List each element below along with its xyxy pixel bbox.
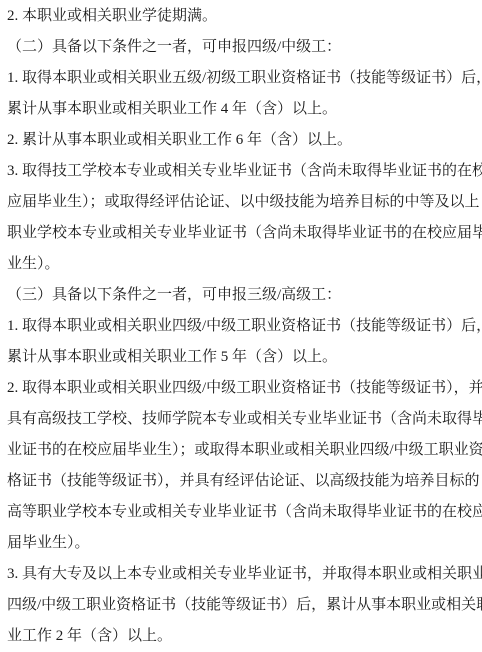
- text-line: 2. 取得本职业或相关职业四级/中级工职业资格证书（技能等级证书），并: [7, 373, 478, 404]
- text-line: 应届毕业生）；或取得经评估论证、以中级技能为培养目标的中等及以上: [7, 187, 478, 218]
- text-line: 2. 累计从事本职业或相关职业工作 6 年（含）以上。: [7, 125, 478, 156]
- text-line: 四级/中级工职业资格证书（技能等级证书）后，累计从事本职业或相关职: [7, 590, 478, 621]
- text-line: 累计从事本职业或相关职业工作 5 年（含）以上。: [7, 342, 478, 373]
- text-line: 2. 本职业或相关职业学徒期满。: [7, 1, 478, 32]
- text-line: 格证书（技能等级证书），并具有经评估论证、以高级技能为培养目标的: [7, 466, 478, 497]
- text-line: 1. 取得本职业或相关职业四级/中级工职业资格证书（技能等级证书）后，: [7, 311, 478, 342]
- text-line: 3. 取得技工学校本专业或相关专业毕业证书（含尚未取得毕业证书的在校: [7, 156, 478, 187]
- text-line: 累计从事本职业或相关职业工作 4 年（含）以上。: [7, 94, 478, 125]
- text-line: 3. 具有大专及以上本专业或相关专业毕业证书，并取得本职业或相关职业: [7, 559, 478, 590]
- text-line: 业证书的在校应届毕业生）；或取得本职业或相关职业四级/中级工职业资: [7, 435, 478, 466]
- text-line: 1. 取得本职业或相关职业五级/初级工职业资格证书（技能等级证书）后，: [7, 63, 478, 94]
- text-line: 具有高级技工学校、技师学院本专业或相关专业毕业证书（含尚未取得毕: [7, 404, 478, 435]
- text-line: 高等职业学校本专业或相关专业毕业证书（含尚未取得毕业证书的在校应: [7, 497, 478, 528]
- text-line: 职业学校本专业或相关专业毕业证书（含尚未取得毕业证书的在校应届毕: [7, 218, 478, 249]
- text-line: （二）具备以下条件之一者，可申报四级/中级工：: [7, 32, 478, 63]
- text-line: 业生）。: [7, 249, 478, 280]
- text-line: 届毕业生）。: [7, 528, 478, 559]
- text-line: 业工作 2 年（含）以上。: [7, 621, 478, 652]
- document-page: 2. 本职业或相关职业学徒期满。 （二）具备以下条件之一者，可申报四级/中级工：…: [0, 0, 482, 652]
- text-line: （三）具备以下条件之一者，可申报三级/高级工：: [7, 280, 478, 311]
